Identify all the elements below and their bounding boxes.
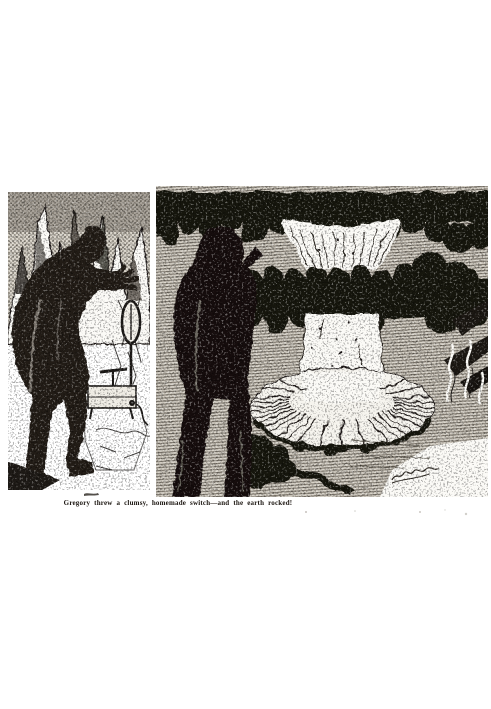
scanned-book-page: Gregory threw a clumsy, homemade switch—… bbox=[0, 0, 491, 709]
scan-specks bbox=[305, 509, 467, 515]
story-illustration bbox=[0, 0, 491, 709]
scan-grain-left-light bbox=[8, 192, 150, 490]
left-panel-switch-scene bbox=[8, 192, 150, 490]
right-panel-explosion-scene bbox=[152, 186, 491, 497]
engraver-mark bbox=[84, 493, 99, 496]
scan-grain-right-light bbox=[156, 186, 488, 497]
illustration-caption: Gregory threw a clumsy, homemade switch—… bbox=[8, 499, 348, 507]
